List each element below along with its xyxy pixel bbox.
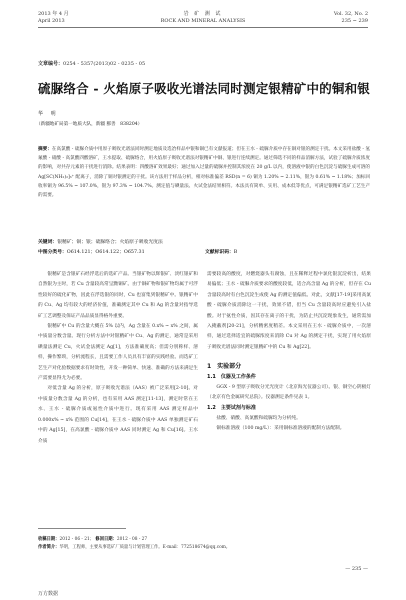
author-bio-text: 华明，工程师，主要从事选矿厂质量与计划管理工作。E-mail：772518674… — [59, 545, 230, 550]
subsection-heading: 1.2 主要试剂与标准 — [207, 403, 371, 413]
received-date: 2012 - 06 - 21； — [59, 537, 94, 542]
document-code-text: B — [234, 250, 238, 255]
keywords-text: 银精矿；铜；银；硫脲络合；火焰原子吸收光度法 — [57, 240, 163, 245]
abstract-text: 在高氯酸 - 硫脲介质中用原子吸收光谱法同时测定地质及选冶样品中银和铜已有文献报… — [38, 147, 370, 198]
article-number-value: 0254 - 5357(2013)02 - 0235 - 05 — [63, 61, 145, 67]
body-paragraph: 对低含量 Ag 的分析，原子吸收光谱法（AAS）被广泛采用[2-10]。对中质量… — [38, 384, 198, 446]
paper-title: 硫脲络合 - 火焰原子吸收光谱法同时测定银精矿中的铜和银 — [38, 79, 370, 97]
author-affiliation: （新疆地矿局第一地质大队，新疆 鄯善 838204） — [36, 121, 142, 127]
volume-info: Vol. 32, No. 2 235 ~ 239 — [334, 11, 368, 24]
author-name: 华 明 — [38, 110, 59, 117]
accepted-label: 修回日期： — [95, 537, 116, 542]
page-number: — 235 — — [345, 566, 368, 572]
body-paragraph: GGX - 9 型原子吸收分光光度计（北京海光仪器公司）。银、铜空心阴极灯（北京… — [207, 383, 371, 404]
page-range: 235 ~ 239 — [334, 18, 368, 25]
classification-number: 中图分类号：O614.121；O614.122；O657.31 — [38, 248, 145, 255]
body-paragraph: 银精矿是含银矿石经浮选后的选矿产品。当银矿物以辉银矿、淡红银矿和自然银为主时，若… — [38, 270, 198, 322]
document-code: 文献标识码：B — [205, 248, 237, 255]
footnote-dates: 收稿日期：2012 - 06 - 21； 修回日期：2012 - 08 - 27 — [38, 536, 147, 542]
section-heading: 1 实验部分 — [207, 361, 371, 372]
watermark: 万方数据 — [38, 590, 58, 597]
article-number: 文章编号：0254 - 5357(2013)02 - 0235 - 05 — [38, 60, 145, 67]
body-paragraph: 需要较高的酸度，对燃烧器头有腐蚀，且在稀释过程中氯化银沉淀析出，结果易偏低；王水… — [207, 270, 371, 353]
volume-number: Vol. 32, No. 2 — [334, 11, 368, 18]
article-number-label: 文章编号： — [38, 61, 63, 67]
footnote-author: 作者简介：华明，工程师，主要从事选矿厂质量与计划管理工作。E-mail：7725… — [38, 544, 230, 550]
received-label: 收稿日期： — [38, 537, 59, 542]
body-paragraph: 盐酸、硝酸、高氯酸和硫脲均为分析纯。 — [207, 414, 371, 424]
body-paragraph: 铜标准溶液（100 mg/L）：采用铜标准溶液的配制方法配制。 — [207, 424, 371, 434]
keywords: 关键词：银精矿；铜；银；硫脲络合；火焰原子吸收光度法 — [38, 238, 163, 245]
classification-text: O614.121；O614.122；O657.31 — [67, 250, 145, 255]
keywords-label: 关键词： — [38, 240, 57, 245]
abstract: 摘要：在高氯酸 - 硫脲介质中用原子吸收光谱法同时测定地质及选冶样品中银和铜已有… — [38, 145, 370, 200]
body-left-column: 银精矿是含银矿石经浮选后的选矿产品。当银矿物以辉银矿、淡红银矿和自然银为主时，若… — [38, 270, 198, 447]
body-paragraph: 银精矿中 Cu 的含量大概在 5% 以内，Ag 含量在 0.x% ~ x% 之间… — [38, 322, 198, 384]
document-code-label: 文献标识码： — [205, 250, 234, 255]
accepted-date: 2012 - 08 - 27 — [117, 537, 147, 542]
header-rule — [38, 27, 368, 28]
abstract-label: 摘要： — [38, 147, 52, 152]
classification-label: 中图分类号： — [38, 250, 67, 255]
subsection-heading: 1.1 仪器及工作条件 — [207, 372, 371, 382]
author-bio-label: 作者简介： — [38, 545, 59, 550]
footnote-rule — [38, 528, 126, 529]
body-right-column: 需要较高的酸度，对燃烧器头有腐蚀，且在稀释过程中氯化银沉淀析出，结果易偏低；王水… — [207, 270, 371, 435]
